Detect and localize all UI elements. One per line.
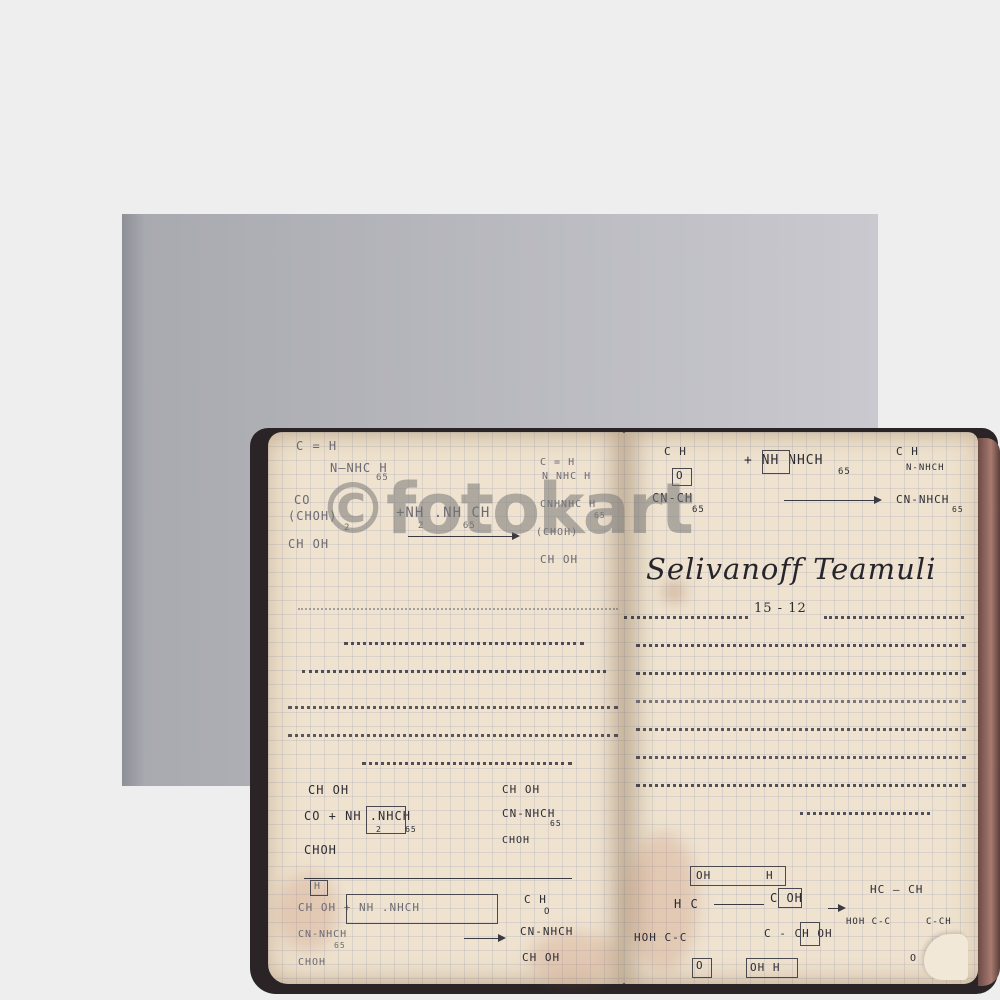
handwritten-line [636,744,966,759]
handwritten-line [624,604,748,619]
formula: C = H [540,458,575,469]
formula: 65 [550,820,562,828]
formula: N-NHCH [906,464,945,473]
formula: H C [674,898,699,911]
handwritten-line [800,800,930,815]
formula: CO [294,494,310,507]
formula: C-CH [926,918,952,927]
formula: C H [524,894,547,906]
reaction-arrow [464,938,504,939]
reaction-arrow [828,908,844,909]
formula: CHOH [298,958,326,969]
formula: O [544,908,550,917]
handwritten-line [636,660,966,675]
reaction-arrow [784,500,880,501]
handwritten-number: 15 - 12 [754,602,807,616]
watermark: ©fotokart [318,468,692,550]
formula: HOH C-C [846,918,891,927]
page-heading: Selivanoff Teamuli [646,552,936,586]
handwritten-line [824,604,964,619]
formula: CH OH [308,784,349,797]
formula: 65 [952,506,964,514]
formula: C = H [296,440,337,453]
handwritten-line [288,722,618,737]
handwritten-line [288,694,618,709]
formula: CHOH [502,836,530,847]
formula: 2 65 [376,826,417,834]
torn-corner [924,934,968,980]
highlight-box [800,922,820,946]
formula: C - CH OH [764,928,833,940]
formula: CN-NHCH [896,494,949,506]
formula: CH OH [502,784,540,796]
highlight-box [346,894,498,924]
formula: CH OH [540,554,578,566]
divider-line [304,878,572,879]
handwritten-line [298,596,618,610]
formula: CN-NHCH [298,930,347,941]
formula: O [696,960,704,972]
highlight-box [762,450,790,474]
formula: CN-NHCH [520,926,573,938]
formula: 65 [334,942,346,950]
handwritten-line [344,630,584,645]
formula: 65 [692,506,705,515]
handwritten-line [362,750,572,765]
handwritten-line [636,632,966,647]
formula: CHOH [304,844,337,857]
formula: C H [664,446,687,458]
formula: C H [896,446,919,458]
cover-edge [978,438,1000,986]
handwritten-line [636,772,966,787]
formula: 65 [838,468,851,477]
formula: OH H [750,962,781,974]
formula: O [910,954,917,965]
handwritten-line [636,688,966,703]
formula: HC — CH [870,884,923,896]
formula: H [766,870,774,882]
formula: H [314,882,321,893]
formula: OH [696,870,711,882]
highlight-box [778,888,802,908]
handwritten-line [302,658,606,673]
formula: CN-NHCH [502,808,555,820]
formula: CH OH [522,952,560,964]
handwritten-line [636,716,966,731]
formula: HOH C-C [634,932,687,944]
